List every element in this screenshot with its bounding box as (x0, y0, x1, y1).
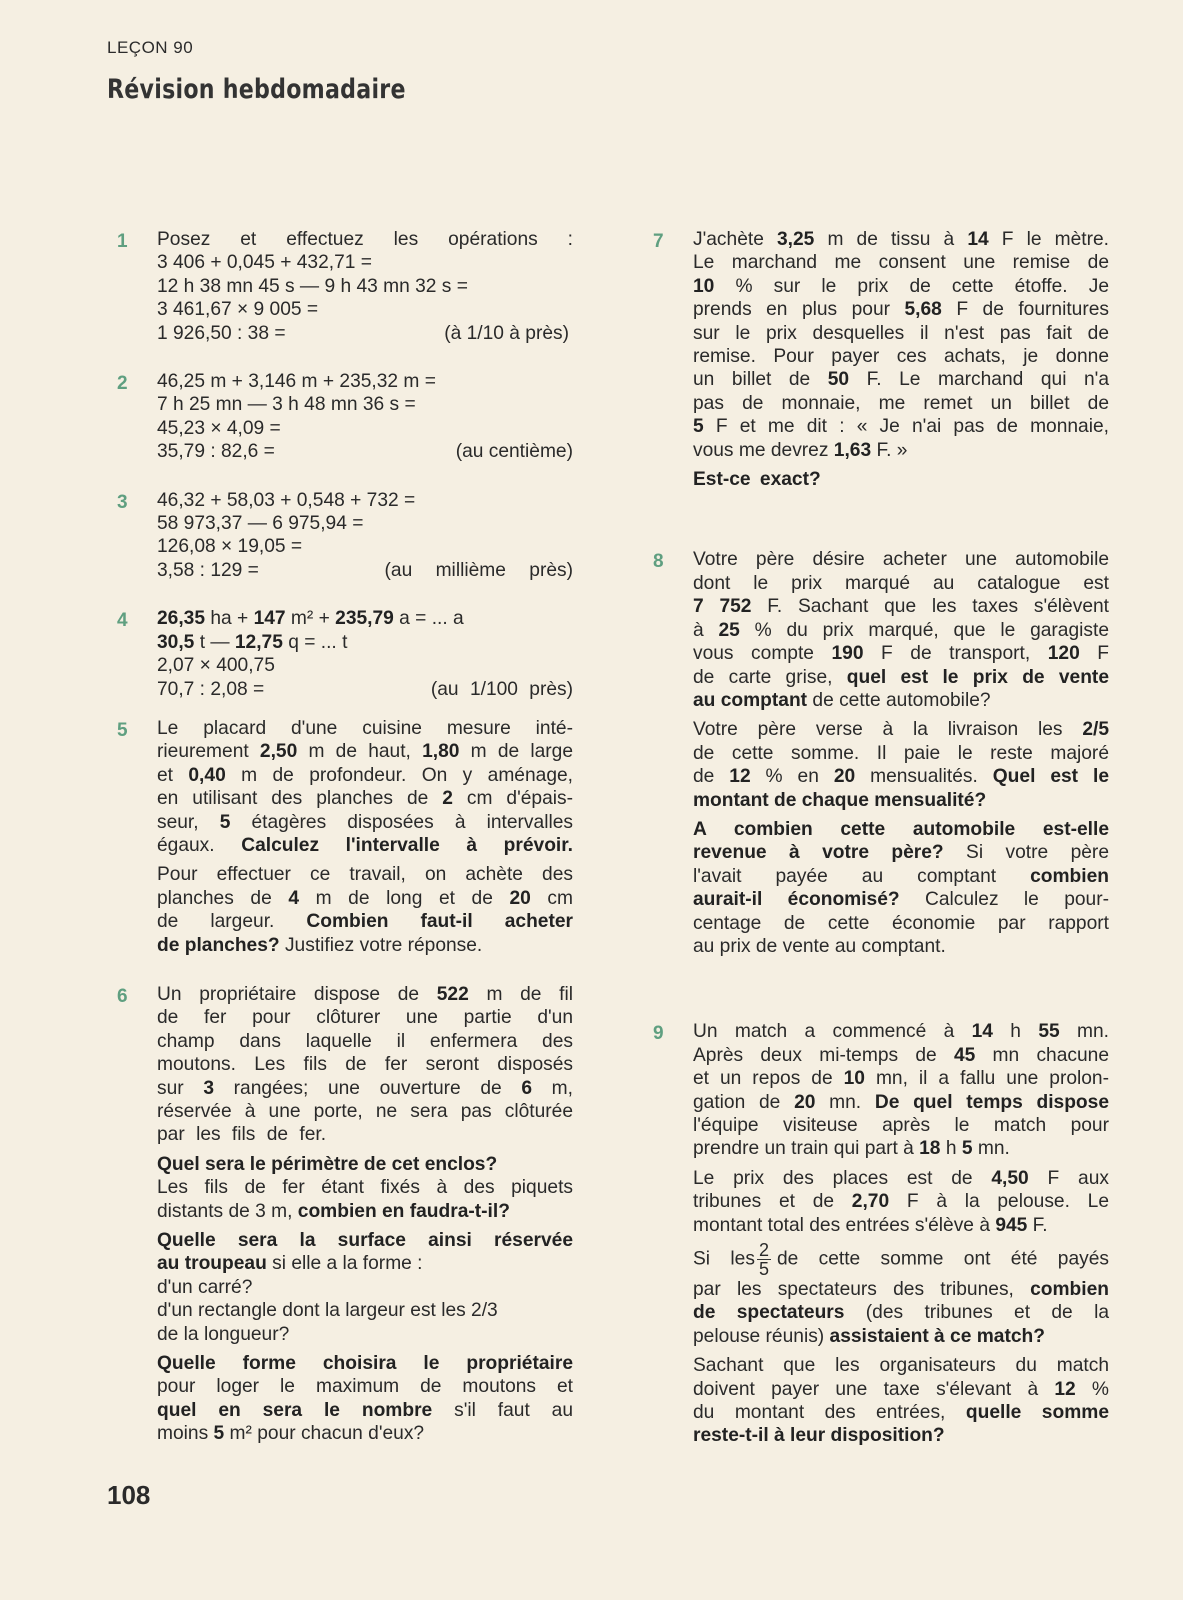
exercise-3: 3 46,32 + 58,03 + 0,548 + 732 = 58 973,3… (117, 489, 537, 583)
operation: 58 973,37 — 6 975,94 = (157, 512, 573, 535)
exercise-4: 4 26,35 ha + 147 m² + 235,79 a = ... a 3… (117, 607, 537, 701)
exercise-2: 2 46,25 m + 3,146 m + 235,32 m = 7 h 25 … (117, 370, 537, 464)
exercise-number: 5 (117, 719, 128, 742)
exercise-text: Un propriétaire dispose de 522 m de fil … (157, 983, 573, 1446)
operation: 45,23 × 4,09 = (157, 417, 573, 440)
exercise-number: 4 (117, 609, 128, 632)
page-title: Révision hebdomadaire (107, 74, 406, 105)
exercise-number: 1 (117, 230, 128, 253)
page-number: 108 (107, 1480, 150, 1511)
exercise-text: Votre père désire acheter une automobile… (693, 548, 1109, 958)
exercise-text: Un match a commencé à 14 h 55 mn. Après … (693, 1020, 1109, 1448)
left-column: 1 Posez et effectuez les opérations : 3 … (117, 228, 537, 1446)
exercise-number: 9 (653, 1022, 664, 1045)
exercise-number: 3 (117, 491, 128, 514)
exercise-number: 6 (117, 985, 128, 1008)
operation: 35,79 : 82,6 = (157, 440, 275, 463)
operation: 26,35 ha + 147 m² + 235,79 a = ... a (157, 607, 573, 630)
operation: 46,32 + 58,03 + 0,548 + 732 = (157, 489, 573, 512)
exercise-text: Le placard d'une cuisine mesure inté- ri… (157, 717, 573, 957)
operation: 30,5 t — 12,75 q = ... t (157, 631, 573, 654)
exercise-8: 8 Votre père désire acheter une automobi… (653, 548, 1073, 958)
precision-note: (au millième près) (385, 559, 573, 582)
precision-note: (au centième) (456, 440, 573, 463)
operation: 1 926,50 : 38 = (157, 322, 286, 345)
lesson-label: LEÇON 90 (107, 38, 193, 58)
precision-note: (au 1/100 près) (431, 678, 573, 701)
exercise-7: 7 J'achète 3,25 m de tissu à 14 F le mèt… (653, 228, 1073, 491)
textbook-page: LEÇON 90 Révision hebdomadaire 1 Posez e… (0, 0, 1183, 1600)
exercise-1: 1 Posez et effectuez les opérations : 3 … (117, 228, 537, 345)
exercise-number: 2 (117, 372, 128, 395)
exercise-9: 9 Un match a commencé à 14 h 55 mn. Aprè… (653, 1020, 1073, 1448)
operation: 70,7 : 2,08 = (157, 678, 264, 701)
fraction: 25 (757, 1241, 771, 1278)
operation: 12 h 38 mn 45 s — 9 h 43 mn 32 s = (157, 275, 573, 298)
operation: 46,25 m + 3,146 m + 235,32 m = (157, 370, 573, 393)
operation: 3,58 : 129 = (157, 559, 259, 582)
exercise-text: J'achète 3,25 m de tissu à 14 F le mètre… (693, 228, 1109, 491)
operation: 126,08 × 19,05 = (157, 535, 573, 558)
exercise-number: 7 (653, 230, 664, 253)
operation: 3 461,67 × 9 005 = (157, 298, 573, 321)
operation: 2,07 × 400,75 (157, 654, 573, 677)
exercise-text: Posez et effectuez les opérations : (157, 228, 573, 251)
exercise-6: 6 Un propriétaire dispose de 522 m de fi… (117, 983, 537, 1446)
exercise-number: 8 (653, 550, 664, 573)
operation: 7 h 25 mn — 3 h 48 mn 36 s = (157, 393, 573, 416)
operation: 3 406 + 0,045 + 432,71 = (157, 251, 573, 274)
right-column: 7 J'achète 3,25 m de tissu à 14 F le mèt… (653, 228, 1073, 1448)
precision-note: (à 1/10 à près) (444, 322, 569, 345)
exercise-5: 5 Le placard d'une cuisine mesure inté- … (117, 717, 537, 957)
